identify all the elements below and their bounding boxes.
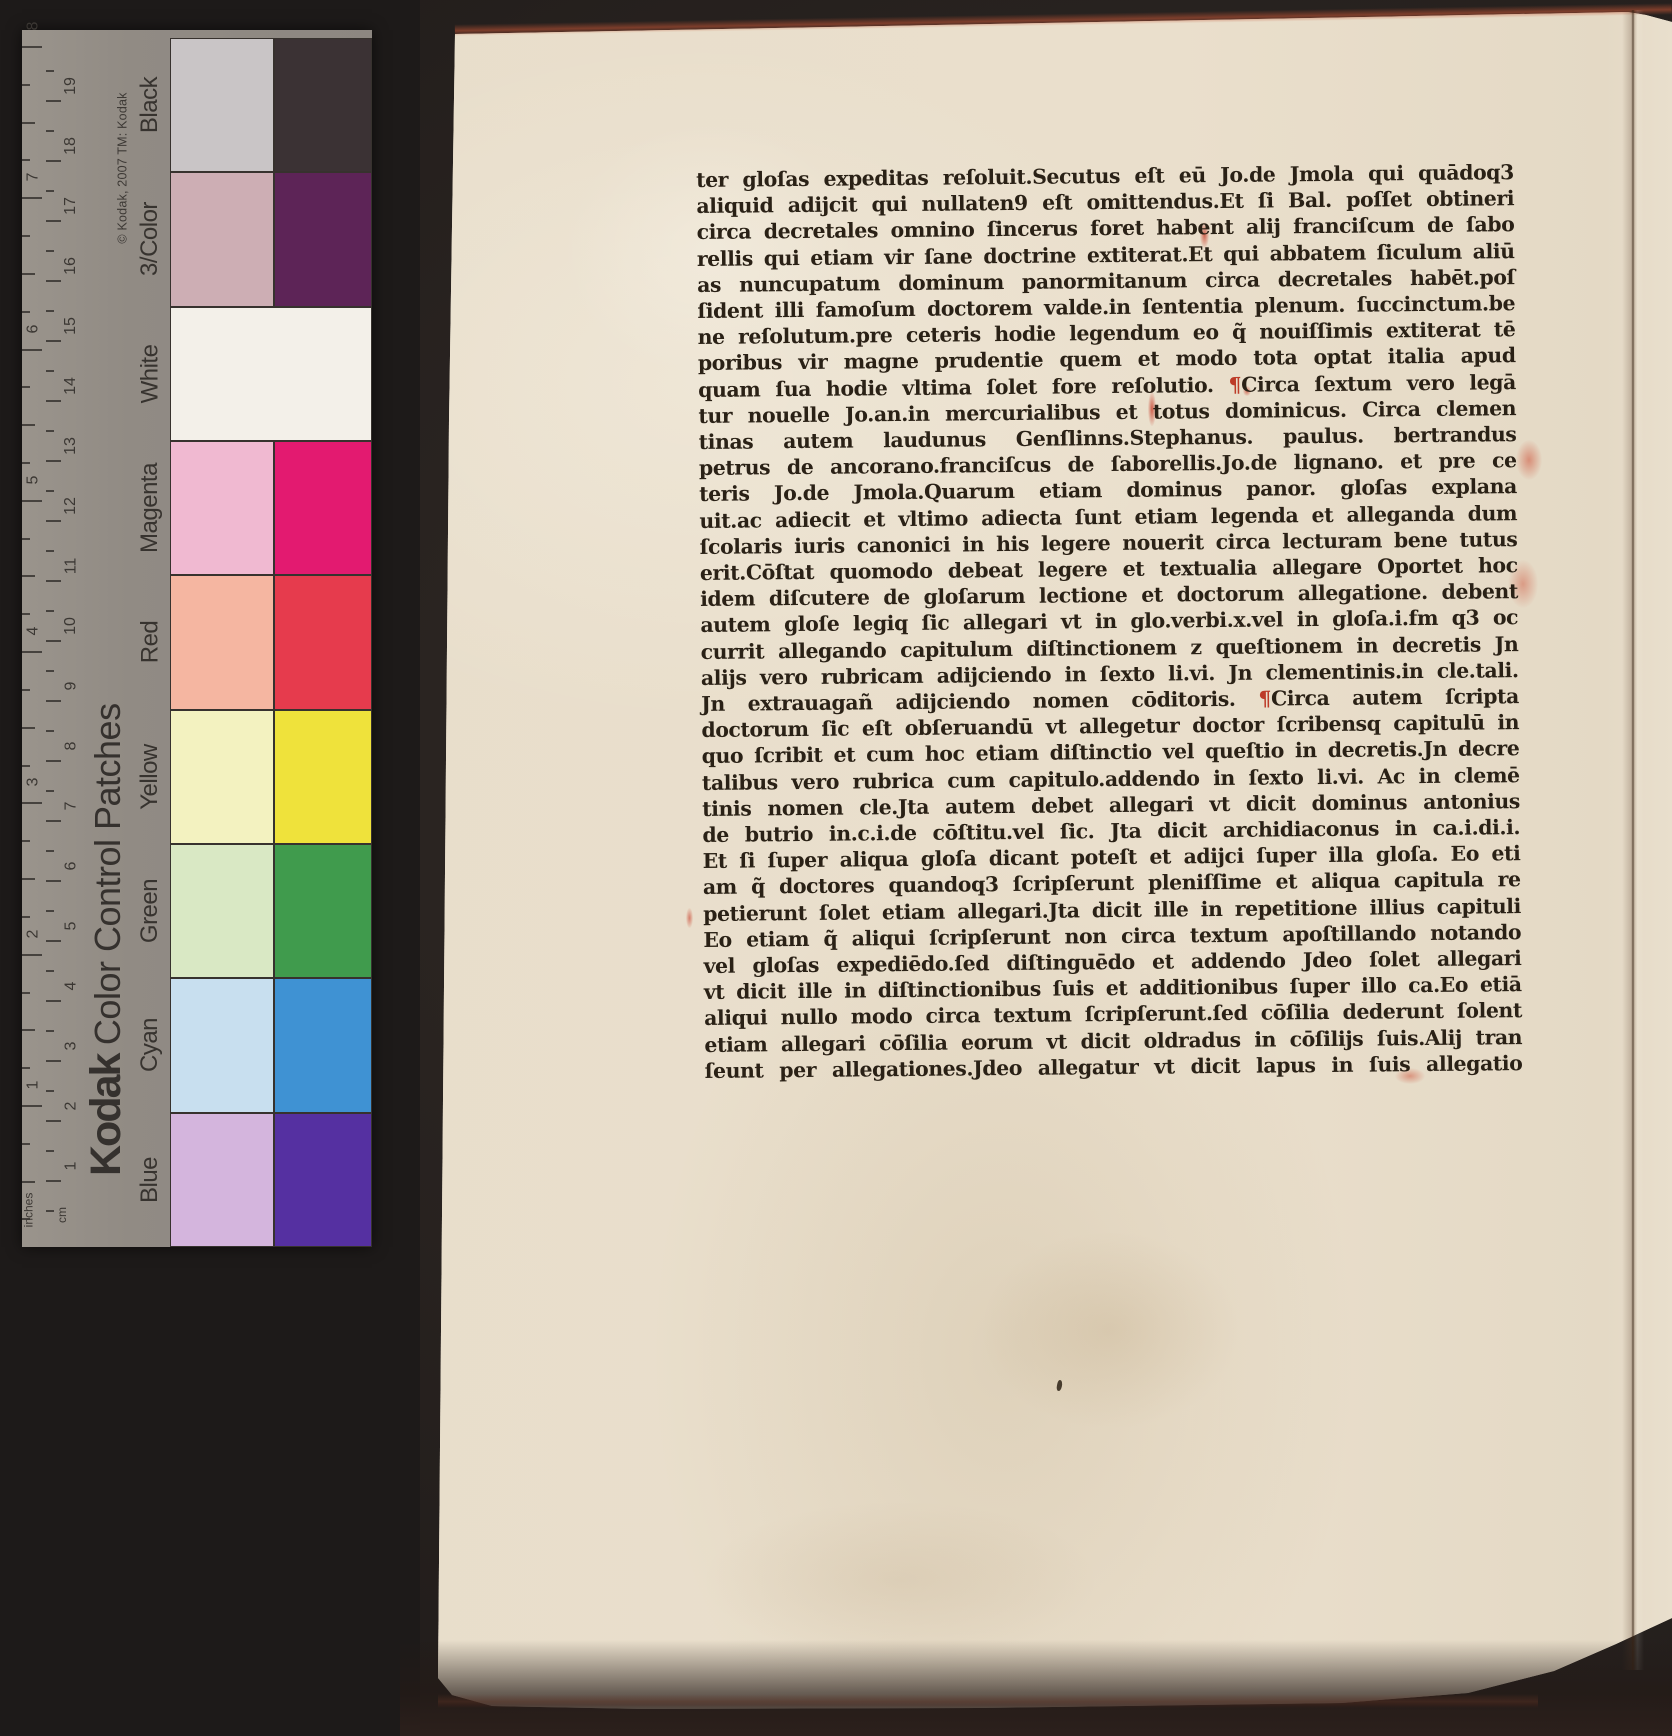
color-patch-saturated <box>275 173 371 305</box>
ruler-tick <box>22 689 30 691</box>
cm-number: 15 <box>60 315 82 337</box>
ruler-tick <box>46 820 61 822</box>
patch-row-magenta <box>170 441 372 575</box>
ruler-tick <box>22 765 30 767</box>
ruler-tick <box>46 460 61 462</box>
ruler-tick <box>46 850 54 852</box>
color-patch-saturated <box>275 1114 371 1246</box>
ruler-tick <box>46 1120 61 1122</box>
color-patch-light <box>171 711 273 843</box>
patch-label: Black <box>130 38 170 172</box>
ruler-tick <box>46 190 54 192</box>
ruler-tick <box>46 1000 61 1002</box>
digitized-book-photograph: ter gloſas expeditas reſoluit.Secutus eſ… <box>0 0 1672 1736</box>
ruler-tick <box>22 575 35 577</box>
ruler-tick <box>46 430 54 432</box>
patch-row-yellow <box>170 710 372 844</box>
ruler-tick <box>22 538 30 540</box>
cm-number: 14 <box>60 375 82 397</box>
patch-label: Yellow <box>130 710 170 844</box>
ruler-tick <box>22 1105 42 1107</box>
rubric-pilcrow: ¶ <box>1228 372 1241 396</box>
cm-number: 13 <box>60 435 82 457</box>
ruler-tick <box>22 840 30 842</box>
color-patch-light <box>171 576 273 708</box>
text-block: ter gloſas expeditas reſoluit.Secutus eſ… <box>696 159 1523 1089</box>
ruler-tick <box>46 310 54 312</box>
ruler-tick <box>46 940 61 942</box>
ruler-tick <box>46 910 54 912</box>
ruler-tick <box>46 70 54 72</box>
ruler-tick <box>46 340 61 342</box>
background-bottom-shadow <box>400 1640 1672 1736</box>
color-patch-light <box>171 1114 273 1246</box>
ruler-tick <box>46 400 61 402</box>
ruler-tick <box>46 490 54 492</box>
patch-label: Red <box>130 575 170 709</box>
inches-unit-label: inches <box>18 1180 38 1240</box>
color-patch-light <box>171 173 273 305</box>
cm-number: 10 <box>60 615 82 637</box>
ruler-tick <box>22 197 42 199</box>
cm-number: 7 <box>60 795 82 817</box>
color-patch <box>171 308 371 440</box>
color-patch-saturated <box>275 576 371 708</box>
color-patch-saturated <box>275 845 371 977</box>
ruler-tick <box>46 1180 61 1182</box>
inch-number: 6 <box>22 318 44 340</box>
cm-number: 16 <box>60 255 82 277</box>
patch-label: Magenta <box>130 441 170 575</box>
ruler-tick <box>22 992 30 994</box>
ruler-tick <box>46 610 54 612</box>
ruler-tick <box>46 550 54 552</box>
ruler-tick <box>22 235 30 237</box>
ruler-tick <box>22 727 35 729</box>
ruler-tick <box>46 970 54 972</box>
patch-row-cyan <box>170 978 372 1112</box>
cm-number: 3 <box>60 1035 82 1057</box>
ruler-tick <box>22 122 35 124</box>
ruler-tick <box>22 878 35 880</box>
ruler-tick <box>22 386 30 388</box>
inch-number: 7 <box>22 166 44 188</box>
patch-row-black <box>170 38 372 172</box>
ruler-tick <box>46 520 61 522</box>
ruler-tick <box>46 580 61 582</box>
patch-label: 3/Color <box>130 172 170 306</box>
ruler-tick <box>22 273 35 275</box>
ruler-tick <box>46 160 61 162</box>
ruler-tick <box>22 462 30 464</box>
rubric-pilcrow: ¶ <box>1258 687 1271 711</box>
cm-number: 6 <box>60 855 82 877</box>
ruler-tick <box>46 790 54 792</box>
color-patch-saturated <box>275 979 371 1111</box>
color-patch-light <box>171 845 273 977</box>
ruler-tick <box>22 159 30 161</box>
ruler-tick <box>22 1067 30 1069</box>
ruler-tick <box>22 46 42 48</box>
patch-row-green <box>170 844 372 978</box>
patch-label: Blue <box>130 1113 170 1247</box>
inch-number: 2 <box>22 923 44 945</box>
cm-number: 1 <box>60 1155 82 1177</box>
ruler-tick <box>46 730 54 732</box>
kodak-color-control-strip: 1234567812345678910111213141516171819 in… <box>22 30 372 1247</box>
ruler-tick <box>22 1143 30 1145</box>
patch-row-3-color <box>170 172 372 306</box>
patch-label: Cyan <box>130 978 170 1112</box>
ruler-tick <box>46 370 54 372</box>
patch-row-red <box>170 575 372 709</box>
patch-label: White <box>130 307 170 441</box>
ruler-tick <box>46 640 61 642</box>
color-patch-light <box>171 39 273 171</box>
ruler-tick <box>22 954 42 956</box>
ruler-tick <box>22 651 42 653</box>
cm-number: 17 <box>60 195 82 217</box>
cm-number: 12 <box>60 495 82 517</box>
inch-number: 4 <box>22 620 44 642</box>
ruler-tick <box>22 84 30 86</box>
inch-number: 1 <box>22 1074 44 1096</box>
inch-number: 3 <box>22 771 44 793</box>
ruler-tick <box>22 424 35 426</box>
ruler-tick <box>22 500 42 502</box>
color-patch-saturated <box>275 711 371 843</box>
ruler-tick <box>22 1029 35 1031</box>
ruler-tick <box>46 700 61 702</box>
kodak-brand-text: Kodak Color Control Patches <box>82 703 134 1176</box>
inch-number: 8 <box>22 15 44 37</box>
patch-row-blue <box>170 1113 372 1247</box>
color-patch-light <box>171 979 273 1111</box>
cm-number: 4 <box>60 975 82 997</box>
ruler-tick <box>46 880 61 882</box>
cm-number: 2 <box>60 1095 82 1117</box>
ruler-tick <box>46 130 54 132</box>
patch-label: Green <box>130 844 170 978</box>
cm-number: 18 <box>60 135 82 157</box>
ruler-tick <box>46 250 54 252</box>
kodak-logo-text: Kodak <box>82 1055 130 1176</box>
ruler-tick <box>22 916 30 918</box>
inch-number: 5 <box>22 469 44 491</box>
gutter-fold-crease <box>1622 10 1644 1670</box>
ruler-tick <box>46 760 61 762</box>
ruler-tick <box>46 670 54 672</box>
patch-row-white <box>170 307 372 441</box>
ruler-tick <box>22 311 30 313</box>
ruler-tick <box>22 802 42 804</box>
cm-number: 5 <box>60 915 82 937</box>
cm-number: 11 <box>60 555 82 577</box>
patch-grid <box>170 38 372 1247</box>
ruler-tick <box>46 1030 54 1032</box>
cm-unit-label: cm <box>52 1185 72 1245</box>
cm-number: 9 <box>60 675 82 697</box>
ruler-tick <box>46 280 61 282</box>
ruler-tick <box>46 100 61 102</box>
cm-number: 19 <box>60 75 82 97</box>
ruler-tick <box>46 1090 54 1092</box>
cm-number: 8 <box>60 735 82 757</box>
ruler-tick <box>46 1060 61 1062</box>
ruler-tick <box>46 220 61 222</box>
ruler-tick <box>22 349 42 351</box>
ruler-tick <box>22 613 30 615</box>
color-patch-saturated <box>275 442 371 574</box>
color-patch-saturated <box>275 39 371 171</box>
ruler-tick <box>46 1150 54 1152</box>
color-patch-light <box>171 442 273 574</box>
